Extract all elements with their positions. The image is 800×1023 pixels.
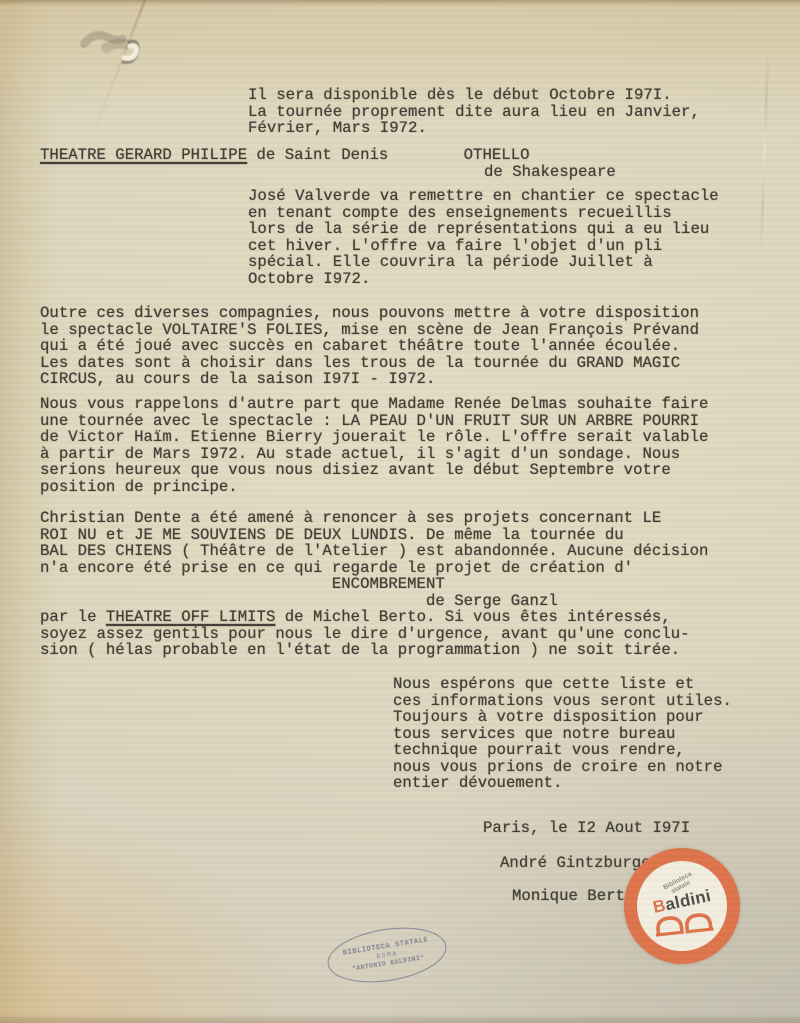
text-line: de Shakespeare	[484, 164, 616, 181]
text-block-intro: Il sera disponible dès le début Octobre …	[248, 87, 700, 137]
text-line: ROI NU et JE ME SOUVIENS DE DEUX LUNDIS.…	[40, 527, 708, 544]
text-line: de Serge Ganzl	[40, 593, 708, 610]
text-line: BAL DES CHIENS ( Théâtre de l'Atelier ) …	[40, 543, 708, 560]
text-line: lors de la série de représentations qui …	[248, 221, 719, 238]
text-block-theatre-header: THEATRE GERARD PHILIPE de Saint Denis OT…	[40, 147, 530, 164]
text-line: n'a encore été prise en ce qui regarde l…	[40, 560, 708, 577]
text-line: qui a été joué avec succès en cabaret th…	[40, 338, 699, 355]
text-line: par le THEATRE OFF LIMITS de Michel Bert…	[40, 609, 708, 626]
text-line: entier dévouement.	[393, 775, 732, 792]
text-block-othello-author: de Shakespeare	[484, 164, 616, 181]
paper-bottom-edge-shadow	[0, 1014, 800, 1023]
text-line: Il sera disponible dès le début Octobre …	[248, 87, 700, 104]
text-line: Octobre I972.	[248, 271, 719, 288]
text-line: position de principe.	[40, 479, 708, 496]
text-block-rappel: Nous vous rappelons d'autre part que Mad…	[40, 396, 708, 495]
text-line: Nous vous rappelons d'autre part que Mad…	[40, 396, 708, 413]
text-line: Outre ces diverses compagnies, nous pouv…	[40, 305, 699, 322]
text-line: ces informations vous seront utiles.	[393, 693, 732, 710]
text-line: à partir de Mars I972. Au stade actuel, …	[40, 446, 708, 463]
text-line: ENCOMBREMENT	[40, 576, 708, 593]
text-line: cet hiver. L'offre va faire l'objet d'un…	[248, 238, 719, 255]
text-line: José Valverde va remettre en chantier ce…	[248, 188, 719, 205]
text-line: en tenant compte des enseignements recue…	[248, 205, 719, 222]
text-line: de Victor Haïm. Etienne Bierry jouerait …	[40, 429, 708, 446]
text-line: serions heureux que vous nous disiez ava…	[40, 462, 708, 479]
scanned-letter-page: Il sera disponible dès le début Octobre …	[0, 0, 800, 1023]
text-block-dateline: Paris, le I2 Aout I97I	[483, 820, 690, 837]
text-line: nous vous prions de croire en notre	[393, 759, 732, 776]
text-line: Paris, le I2 Aout I97I	[483, 820, 690, 837]
text-line: une tournée avec le spectacle : LA PEAU …	[40, 413, 708, 430]
text-line: technique pourrait vous rendre,	[393, 742, 732, 759]
text-line: le spectacle VOLTAIRE'S FOLIES, mise en …	[40, 322, 699, 339]
text-line: Février, Mars I972.	[248, 120, 700, 137]
text-line: tous services que notre bureau	[393, 726, 732, 743]
baldini-round-sticker: Biblioteca statale Baldini	[624, 848, 740, 964]
text-line: Les dates sont à choisir dans les trous …	[40, 355, 699, 372]
text-block-outre: Outre ces diverses compagnies, nous pouv…	[40, 305, 699, 388]
text-line: THEATRE GERARD PHILIPE de Saint Denis OT…	[40, 147, 530, 164]
text-line: sion ( hélas probable en l'état de la pr…	[40, 642, 708, 659]
text-line: CIRCUS, au cours de la saison I97I - I97…	[40, 371, 699, 388]
text-line: La tournée proprement dite aura lieu en …	[248, 104, 700, 121]
text-line: soyez assez gentils pour nous le dire d'…	[40, 626, 708, 643]
text-line: Toujours à votre disposition pour	[393, 709, 732, 726]
text-line: Christian Dente a été amené à renoncer à…	[40, 510, 708, 527]
baldini-sticker-content: Biblioteca statale Baldini	[633, 857, 732, 956]
text-line: spécial. Elle couvrira la période Juille…	[248, 254, 719, 271]
text-line: Nous espérons que cette liste et	[393, 676, 732, 693]
text-block-christian: Christian Dente a été amené à renoncer à…	[40, 510, 708, 659]
text-block-closing: Nous espérons que cette liste etces info…	[393, 676, 732, 792]
text-block-jose: José Valverde va remettre en chantier ce…	[248, 188, 719, 287]
